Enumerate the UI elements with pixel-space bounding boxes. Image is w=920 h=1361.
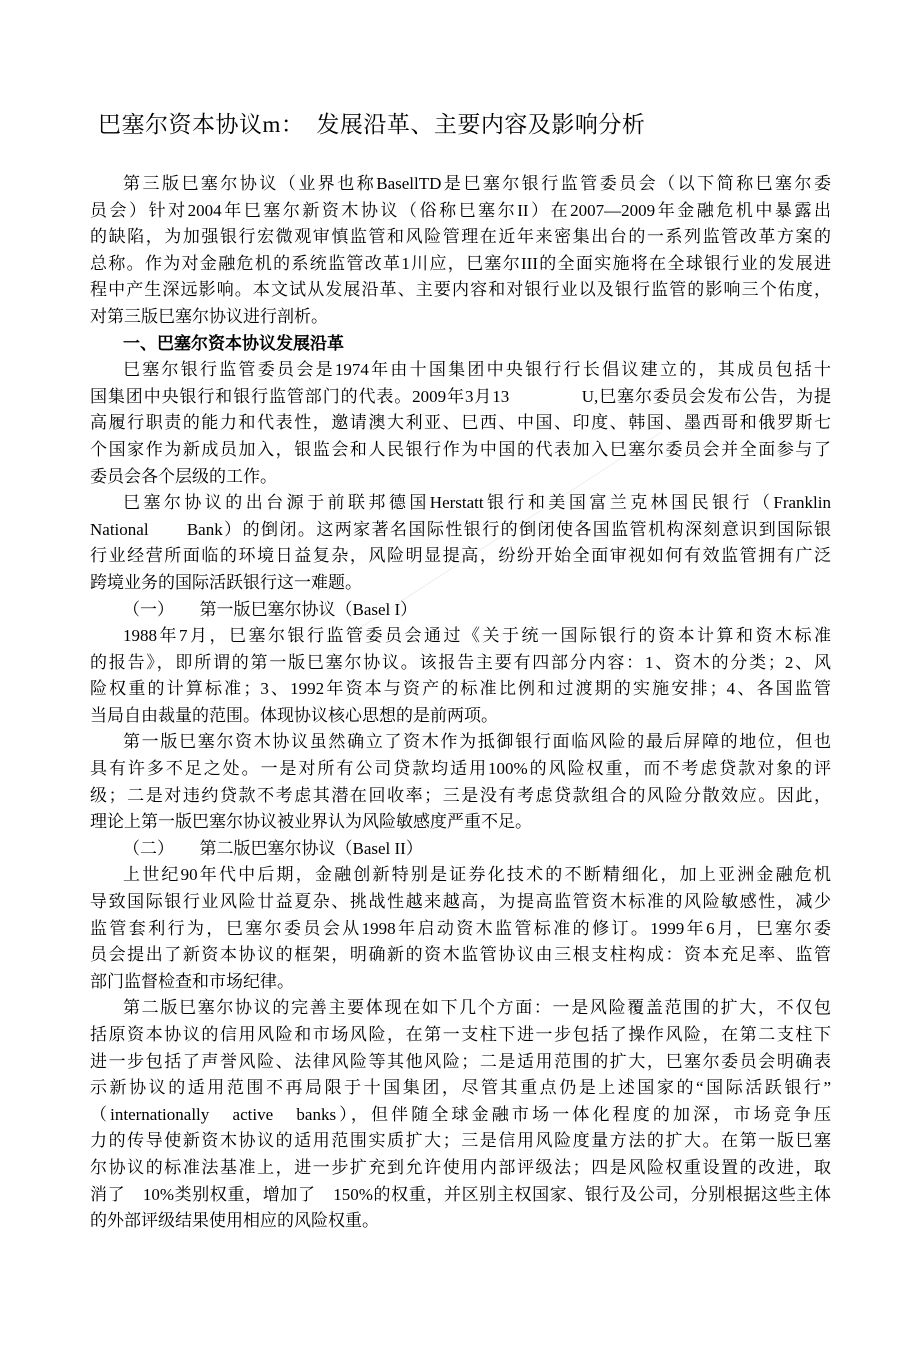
document-body: 第三版巳塞尔协议（业界也称BasellTD是巳塞尔银行监管委员会（以下简称巳塞尔…	[90, 171, 831, 1235]
text-line: 监管套利行为，巳塞尔委员会从1998年启动资木监管标准的修订。1999年6月，巳…	[90, 916, 831, 943]
text-line: 括原资本协议的信用风险和市场风险，在第一支柱下进一步包括了操作风险，在第二支柱下	[90, 1022, 831, 1049]
text-line: 的报告》，即所谓的第一版巳塞尔协议。该报告主要有四部分内容：1、资木的分类；2、…	[90, 650, 831, 677]
document-page: 巴塞尔资本协议m： 发展沿革、主要内容及影响分析 第三版巳塞尔协议（业界也称Ba…	[0, 0, 920, 1361]
text-line: 的缺陷，为加强银行宏微观审慎监管和风险管理在近年来密集出台的一系列监管改革方案的	[90, 224, 831, 251]
text-line: 进一步包括了声誉风险、法律风险等其他风险；二是适用范围的扩大，巳塞尔委员会明确表	[90, 1049, 831, 1076]
text-line: 尔协议的标准法基准上，进一步扩充到允许使用内部评级法；四是风险权重设置的改进，取	[90, 1155, 831, 1182]
text-line: 第一版巳塞尔资木协议虽然确立了资木作为抵御银行面临风险的最后屏障的地位，但也	[90, 729, 831, 756]
text-line: 巳塞尔协议的出台源于前联邦德国Herstatt银行和美国富兰克林国民银行（Fra…	[90, 490, 831, 517]
text-line: National Bank）的倒闭。这两家著名国际性银行的倒闭使各国监管机构深刻…	[90, 517, 831, 544]
text-line: 导致国际银行业风险廿益夏杂、挑战性越来越高，为提高监管资木标准的风险敏感性，减少	[90, 889, 831, 916]
text-line: 对第三版巳塞尔协议进行剖析。	[90, 304, 831, 331]
document-content: 巴塞尔资本协议m： 发展沿革、主要内容及影响分析 第三版巳塞尔协议（业界也称Ba…	[90, 110, 831, 1235]
text-line: 1988年7月，巳塞尔银行监管委员会通过《关于统一国际银行的资本计算和资木标准	[90, 623, 831, 650]
sub-heading: （一） 第一版巳塞尔协议（Basel I）	[90, 597, 831, 624]
text-line: 高履行职责的能力和代表性，邀请澳大利亚、巳西、中国、印度、韩国、墨西哥和俄罗斯七	[90, 410, 831, 437]
text-line: 跨境业务的国际活跃银行这一难题。	[90, 570, 831, 597]
text-line: （internationally active banks），但伴随全球金融市场…	[90, 1102, 831, 1129]
sub-heading: （二） 第二版巴塞尔协议（Basel II）	[90, 836, 831, 863]
section-heading: 一、巴塞尔资本协议发展沿革	[90, 331, 831, 358]
text-line: 部门监督检查和市场纪律。	[90, 969, 831, 996]
text-line: 消了 10%类别权重，增加了 150%的权重，并区别主权国家、银行及公司，分别根…	[90, 1182, 831, 1209]
text-line: 国集团中央银行和银行监管部门的代表。2009年3月13 U,巳塞尔委员会发布公告…	[90, 384, 831, 411]
text-line: 委员会各个层级的工作。	[90, 464, 831, 491]
text-line: 的外部评级结果使用相应的风险权重。	[90, 1208, 831, 1235]
text-line: 员会提出了新资本协议的框架，明确新的资木监管协议由三根支柱构成：资本充足率、监管	[90, 942, 831, 969]
text-line: 险权重的计算标准；3、1992年资本与资产的标准比例和过渡期的实施安排；4、各国…	[90, 676, 831, 703]
text-line: 级；二是对违约贷款不考虑其潜在回收率；三是没有考虑贷款组合的风险分散效应。因此，	[90, 783, 831, 810]
text-line: 力的传导使新资木协议的适用范围实质扩大；三是信用风险度量方法的扩大。在第一版巳塞	[90, 1128, 831, 1155]
text-line: 当局自由裁量的范围。体现协议核心思想的是前两项。	[90, 703, 831, 730]
page-title: 巴塞尔资本协议m： 发展沿革、主要内容及影响分析	[98, 110, 831, 140]
text-line: 行业经营所面临的环境日益复杂，风险明显提高，纷纷开始全面审视如何有效监管拥有广泛	[90, 543, 831, 570]
text-line: 总称。作为对金融危机的系统监管改革1川应，巳塞尔III的全面实施将在全球银行业的…	[90, 251, 831, 278]
text-line: 个国家作为新成员加入，银监会和人民银行作为中国的代表加入巳塞尔委员会并全面参与了	[90, 437, 831, 464]
text-line: 示新协议的适用范围不再局限于十国集团，尽管其重点仍是上述国家的“国际活跃银行”	[90, 1075, 831, 1102]
text-line: 上世纪90年代中后期，金融创新特别是证券化技术的不断精细化，加上亚洲金融危机	[90, 862, 831, 889]
text-line: 巳塞尔银行监管委员会是1974年由十国集团中央银行行长倡议建立的，其成员包括十	[90, 357, 831, 384]
text-line: 理论上第一版巴塞尔协议被业界认为风险敏感度严重不足。	[90, 809, 831, 836]
text-line: 第三版巳塞尔协议（业界也称BasellTD是巳塞尔银行监管委员会（以下简称巳塞尔…	[90, 171, 831, 198]
text-line: 第二版巳塞尔协议的完善主要体现在如下几个方面：一是风险覆盖范围的扩大，不仅包	[90, 995, 831, 1022]
text-line: 具有许多不足之处。一是对所有公司贷款均适用100%的风险权重，而不考虑贷款对象的…	[90, 756, 831, 783]
text-line: 员会）针对2004年巳塞尔新资木协议（俗称巳塞尔II）在2007—2009年金融…	[90, 198, 831, 225]
text-line: 程中产生深远影响。本文试从发展沿革、主要内容和对银行业以及银行监管的影响三个佑度…	[90, 277, 831, 304]
